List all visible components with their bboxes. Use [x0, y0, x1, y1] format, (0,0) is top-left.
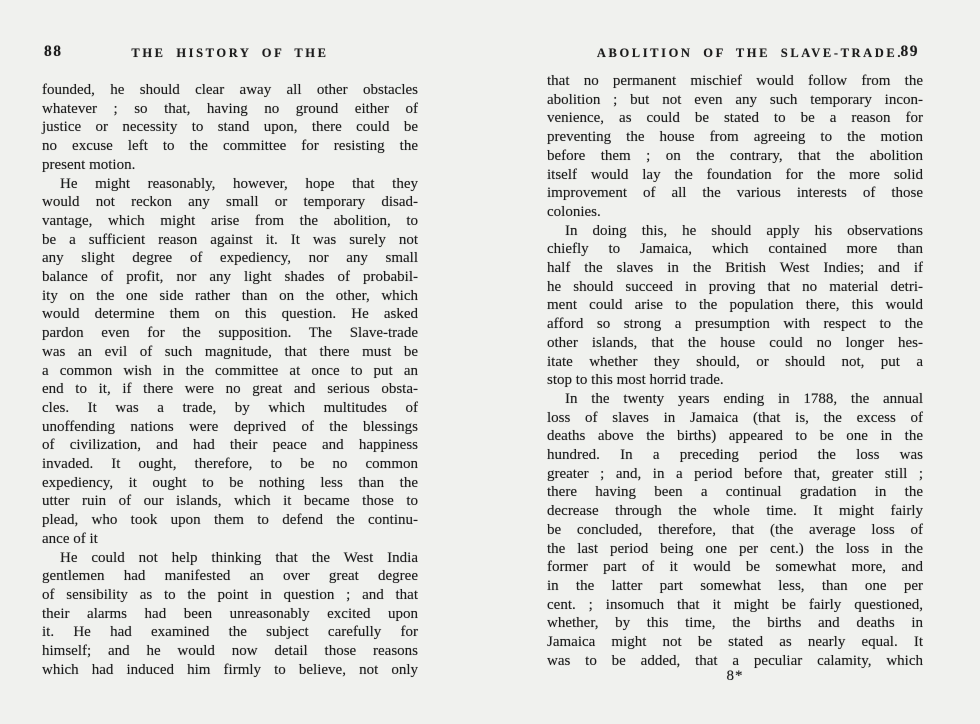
text-line: greater ; and, in a period before that, … [547, 465, 923, 484]
text-line: expediency, it ought to be nothing less … [42, 474, 418, 493]
text-line: invaded. It ought, therefore, to be no c… [42, 455, 418, 474]
text-line: itate whether they should, or should not… [547, 353, 923, 372]
text-line: half the slaves in the British West Indi… [547, 259, 923, 278]
text-line: he should succeed in proving that no mat… [547, 278, 923, 297]
text-line: Jamaica might not be stated as nearly eq… [547, 633, 923, 652]
text-line: other islands, that the house could no l… [547, 334, 923, 353]
right-page-number: 89 [901, 43, 920, 61]
text-line: chiefly to Jamaica, which contained more… [547, 240, 923, 259]
text-line: itself would lay the foundation for the … [547, 166, 923, 185]
left-page-body-text: founded, he should clear away all other … [42, 81, 418, 680]
text-line: cles. It was a trade, by which multitude… [42, 399, 418, 418]
text-line: vantage, which might arise from the abol… [42, 212, 418, 231]
paragraph: He could not help thinking that the West… [42, 549, 418, 680]
text-line: balance of profit, nor any light shades … [42, 268, 418, 287]
text-line: in the latter part somewhat less, than o… [547, 577, 923, 596]
text-line: of sensibility as to the point in questi… [42, 586, 418, 605]
text-line: of civilization, and had their peace and… [42, 436, 418, 455]
text-line: unoffending nations were deprived of the… [42, 418, 418, 437]
text-line: In doing this, he should apply his obser… [547, 222, 923, 241]
text-line: justice or necessity to stand upon, ther… [42, 118, 418, 137]
text-line: plead, who took upon them to defend the … [42, 511, 418, 530]
paragraph: founded, he should clear away all other … [42, 81, 418, 175]
right-page: ABOLITION OF THE SLAVE-TRADE. 89 that no… [547, 0, 923, 724]
text-line: whatever ; so that, having no ground eit… [42, 100, 418, 119]
text-line: a common wish in the committee at once t… [42, 362, 418, 381]
paragraph: In the twenty years ending in 1788, the … [547, 390, 923, 671]
text-line: was an evil of such magnitude, that ther… [42, 343, 418, 362]
text-line: would determine them on this question. H… [42, 305, 418, 324]
text-line: colonies. [547, 203, 923, 222]
right-page-header: ABOLITION OF THE SLAVE-TRADE. 89 [547, 46, 923, 64]
text-line: that no permanent mischief would follow … [547, 72, 923, 91]
text-line: former part of it would be somewhat more… [547, 558, 923, 577]
paragraph: He might reasonably, however, hope that … [42, 175, 418, 549]
text-line: be concluded, therefore, that (the avera… [547, 521, 923, 540]
text-line: gentlemen had manifested an over great d… [42, 567, 418, 586]
text-line: loss of slaves in Jamaica (that is, the … [547, 409, 923, 428]
text-line: preventing the house from agreeing to th… [547, 128, 923, 147]
text-line: which had induced him firmly to believe,… [42, 661, 418, 680]
text-line: ment could arise to the population there… [547, 296, 923, 315]
text-line: cent. ; insomuch that it might be fairly… [547, 596, 923, 615]
text-line: pardon even for the supposition. The Sla… [42, 324, 418, 343]
text-line: stop to this most horrid trade. [547, 371, 923, 390]
text-line: afford so strong a presumption with resp… [547, 315, 923, 334]
text-line: founded, he should clear away all other … [42, 81, 418, 100]
text-line: end to it, if there were no great and se… [42, 380, 418, 399]
left-page-header: 88 THE HISTORY OF THE [42, 46, 418, 64]
text-line: would not reckon any small or temporary … [42, 193, 418, 212]
right-page-body-text: that no permanent mischief would follow … [547, 72, 923, 671]
signature-mark: 8* [547, 668, 923, 685]
text-line: any slight degree of expediency, nor any… [42, 249, 418, 268]
text-line: their alarms had been unreasonably excit… [42, 605, 418, 624]
text-line: the last period being one per cent.) the… [547, 540, 923, 559]
text-line: it. He had examined the subject carefull… [42, 623, 418, 642]
text-line: ity on the one side rather than on the o… [42, 287, 418, 306]
text-line: himself; and he would now detail those r… [42, 642, 418, 661]
left-page: 88 THE HISTORY OF THE founded, he should… [42, 0, 418, 724]
text-line: before them ; on the contrary, that the … [547, 147, 923, 166]
text-line: no excuse left to the committee for resi… [42, 137, 418, 156]
book-scan: 88 THE HISTORY OF THE founded, he should… [0, 0, 980, 724]
right-running-title: ABOLITION OF THE SLAVE-TRADE. [547, 46, 923, 61]
text-line: whether, by this time, the births and de… [547, 614, 923, 633]
paragraph: In doing this, he should apply his obser… [547, 222, 923, 390]
text-line: venience, as could be stated to be a rea… [547, 109, 923, 128]
text-line: He could not help thinking that the West… [42, 549, 418, 568]
text-line: In the twenty years ending in 1788, the … [547, 390, 923, 409]
text-line: present motion. [42, 156, 418, 175]
text-line: there having been a continual gradation … [547, 483, 923, 502]
text-line: hundred. In a preceding period the loss … [547, 446, 923, 465]
paragraph: that no permanent mischief would follow … [547, 72, 923, 222]
left-running-title: THE HISTORY OF THE [42, 46, 418, 61]
text-line: decrease through the whole time. It migh… [547, 502, 923, 521]
text-line: utter ruin of our islands, which it beca… [42, 492, 418, 511]
text-line: He might reasonably, however, hope that … [42, 175, 418, 194]
text-line: deaths above the births) appeared to be … [547, 427, 923, 446]
text-line: abolition ; but not even any such tempor… [547, 91, 923, 110]
text-line: improvement of all the various interests… [547, 184, 923, 203]
text-line: ance of it [42, 530, 418, 549]
left-page-number: 88 [44, 43, 63, 61]
text-line: be a sufficient reason against it. It wa… [42, 231, 418, 250]
